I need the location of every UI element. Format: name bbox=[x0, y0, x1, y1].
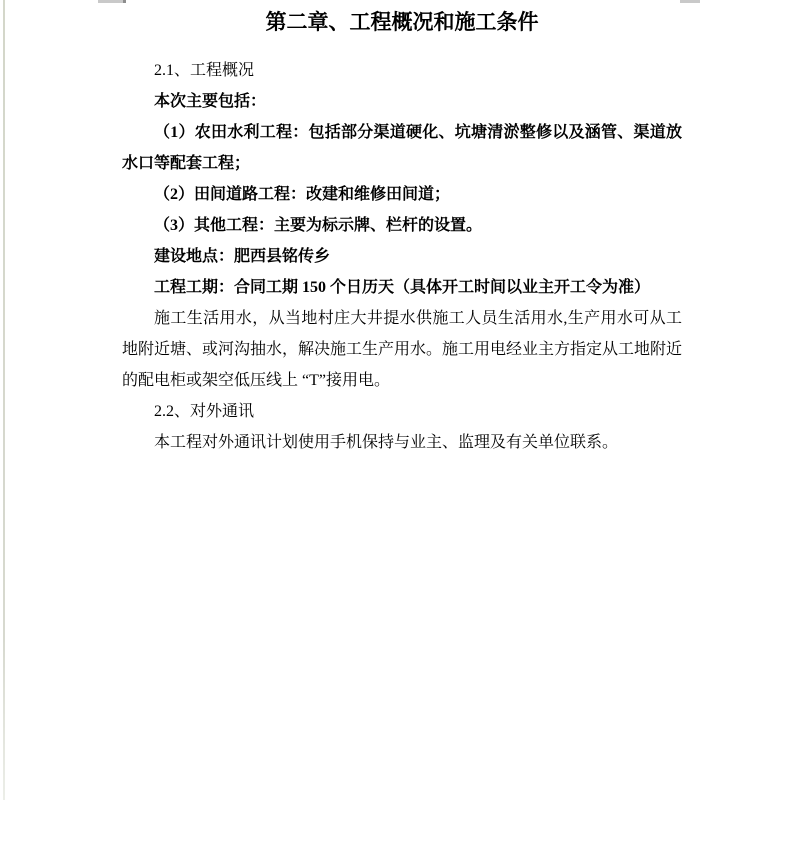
top-edge-artifact-right bbox=[680, 0, 700, 3]
top-edge-artifact-left bbox=[98, 0, 126, 3]
paragraph-scope-intro: 本次主要包括： bbox=[122, 86, 682, 117]
paragraph-item-2-field-roads: （2）田间道路工程：改建和维修田间道； bbox=[122, 179, 682, 210]
document-page: 第二章、工程概况和施工条件 2.1、工程概况 本次主要包括： （1）农田水利工程… bbox=[122, 6, 682, 458]
paragraph-water-and-power-supply: 施工生活用水，从当地村庄大井提水供施工人员生活用水,生产用水可从工地附近塘、或河… bbox=[122, 303, 682, 396]
page-left-edge-rule bbox=[3, 0, 5, 800]
paragraph-external-communication: 本工程对外通讯计划使用手机保持与业主、监理及有关单位联系。 bbox=[122, 427, 682, 458]
paragraph-item-1-irrigation-works: （1）农田水利工程：包括部分渠道硬化、坑塘清淤整修以及涵管、渠道放水口等配套工程… bbox=[122, 117, 682, 179]
paragraph-item-3-other-works: （3）其他工程：主要为标示牌、栏杆的设置。 bbox=[122, 210, 682, 241]
chapter-title: 第二章、工程概况和施工条件 bbox=[122, 6, 682, 38]
paragraph-project-duration: 工程工期：合同工期 150 个日历天（具体开工时间以业主开工令为准） bbox=[122, 272, 682, 303]
paragraph-construction-location: 建设地点：肥西县铭传乡 bbox=[122, 241, 682, 272]
heading-section-2-1: 2.1、工程概况 bbox=[122, 55, 682, 86]
heading-section-2-2: 2.2、对外通讯 bbox=[122, 396, 682, 427]
